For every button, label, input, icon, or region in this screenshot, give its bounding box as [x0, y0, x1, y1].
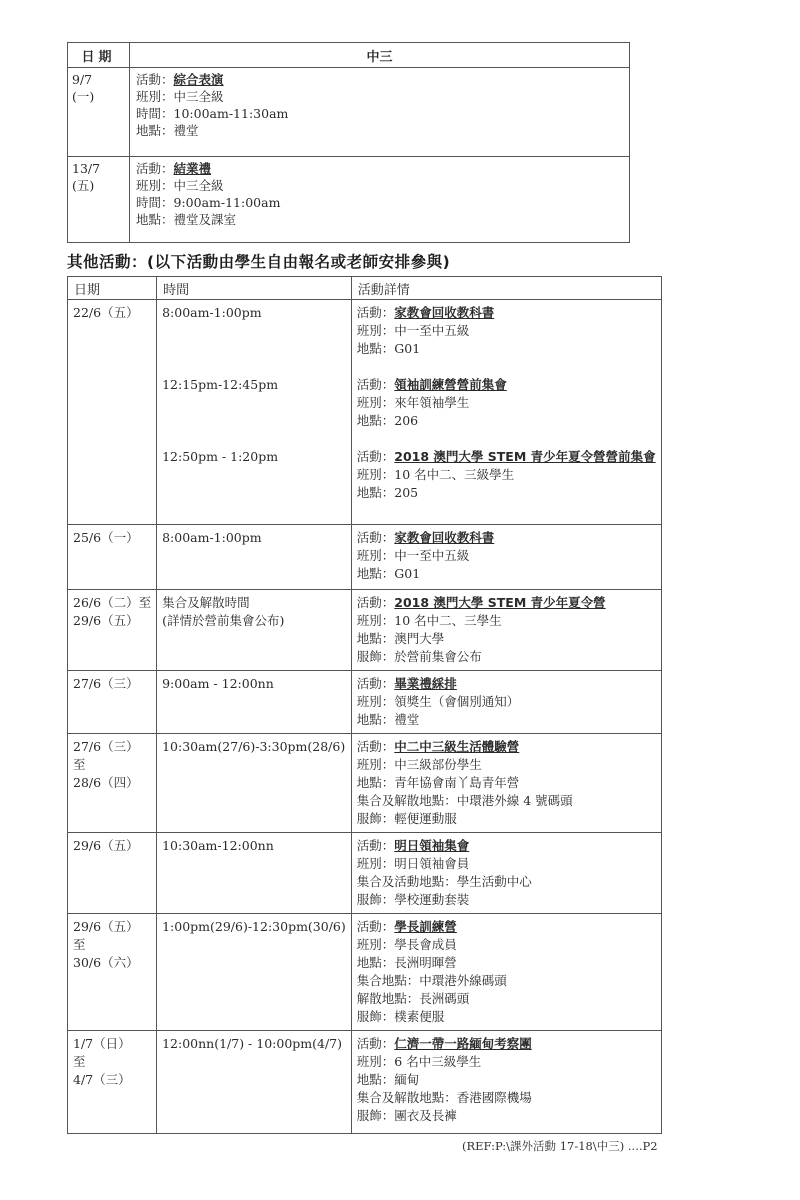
activity-name: 中二中三級生活體驗營 [394, 739, 519, 754]
date-cell: 13/7 (五) [68, 157, 130, 243]
table-row: 27/6（三） 至 28/6（四） 10:30am(27/6)-3:30pm(2… [68, 734, 662, 833]
table-row: 25/6（一） 8:00am-1:00pm 活動：家教會回收教科書 班別：中一至… [68, 525, 662, 590]
date-cell: 29/6（五） [68, 833, 157, 914]
date-cell: 9/7 (一) [68, 68, 130, 157]
details-cell: 活動：家教會回收教科書 班別：中一至中五級 地點：G01 活動：領袖訓練營營前集… [351, 300, 661, 525]
time-cell: 9:00am - 12:00nn [157, 671, 352, 734]
form3-schedule-table: 日期 中三 9/7 (一) 活動：綜合表演 班別：中三全級 時間：10:00am… [67, 42, 630, 243]
activity-name: 家教會回收教科書 [394, 305, 494, 320]
table-row: 29/6（五） 10:30am-12:00nn 活動：明日領袖集會 班別：明日領… [68, 833, 662, 914]
activity-name: 家教會回收教科書 [394, 530, 494, 545]
details-cell: 活動：明日領袖集會 班別：明日領袖會員 集合及活動地點：學生活動中心 服飾：學校… [351, 833, 661, 914]
details-cell: 活動：綜合表演 班別：中三全級 時間：10:00am-11:30am 地點：禮堂 [130, 68, 630, 157]
time-cell: 8:00am-1:00pm [157, 525, 352, 590]
time-cell: 10:30am-12:00nn [157, 833, 352, 914]
date-cell: 25/6（一） [68, 525, 157, 590]
activity-name: 仁濟一帶一路緬甸考察團 [394, 1036, 532, 1051]
activity-name: 學長訓練營 [394, 919, 457, 934]
details-cell: 活動：學長訓練營 班別：學長會成員 地點：長洲明暉營 集合地點：中環港外線碼頭 … [351, 914, 661, 1031]
time-cell: 8:00am-1:00pm 12:15pm-12:45pm 12:50pm - … [157, 300, 352, 525]
date-cell: 27/6（三） [68, 671, 157, 734]
table-header-row: 日期 中三 [68, 43, 630, 68]
details-cell: 活動：畢業禮綵排 班別：領獎生（會個別通知） 地點：禮堂 [351, 671, 661, 734]
table-row: 1/7（日） 至 4/7（三） 12:00nn(1/7) - 10:00pm(4… [68, 1031, 662, 1134]
date-cell: 26/6（二）至 29/6（五） [68, 590, 157, 671]
header-date: 日期 [68, 277, 157, 300]
date-cell: 22/6（五） [68, 300, 157, 525]
header-time: 時間 [157, 277, 352, 300]
activity-name: 2018 澳門大學 STEM 青少年夏令營營前集會 [394, 449, 655, 464]
table-row: 9/7 (一) 活動：綜合表演 班別：中三全級 時間：10:00am-11:30… [68, 68, 630, 157]
activity-name: 領袖訓練營營前集會 [394, 377, 507, 392]
details-cell: 活動：中二中三級生活體驗營 班別：中三級部份學生 地點：青年協會南丫島青年營 集… [351, 734, 661, 833]
table-row: 29/6（五） 至 30/6（六） 1:00pm(29/6)-12:30pm(3… [68, 914, 662, 1031]
activity-name: 畢業禮綵排 [394, 676, 457, 691]
page-reference-footer: (REF:P:\課外活動 17-18\中三) ....P2 [462, 1138, 658, 1154]
table-row: 27/6（三） 9:00am - 12:00nn 活動：畢業禮綵排 班別：領獎生… [68, 671, 662, 734]
section-title: 其他活動：(以下活動由學生自由報名或老師安排參與) [67, 250, 450, 272]
date-cell: 1/7（日） 至 4/7（三） [68, 1031, 157, 1134]
time-cell: 集合及解散時間 (詳情於營前集會公布) [157, 590, 352, 671]
activity-name: 明日領袖集會 [394, 838, 469, 853]
time-cell: 12:00nn(1/7) - 10:00pm(4/7) [157, 1031, 352, 1134]
time-cell: 1:00pm(29/6)-12:30pm(30/6) [157, 914, 352, 1031]
header-details: 活動詳情 [351, 277, 661, 300]
date-cell: 29/6（五） 至 30/6（六） [68, 914, 157, 1031]
details-cell: 活動：結業禮 班別：中三全級 時間：9:00am-11:00am 地點：禮堂及課… [130, 157, 630, 243]
table-row: 26/6（二）至 29/6（五） 集合及解散時間 (詳情於營前集會公布) 活動：… [68, 590, 662, 671]
details-cell: 活動：家教會回收教科書 班別：中一至中五級 地點：G01 [351, 525, 661, 590]
other-activities-table: 日期 時間 活動詳情 22/6（五） 8:00am-1:00pm 12:15pm… [67, 276, 662, 1134]
header-grade: 中三 [130, 43, 630, 68]
table-header-row: 日期 時間 活動詳情 [68, 277, 662, 300]
activity-name: 綜合表演 [174, 72, 224, 87]
date-cell: 27/6（三） 至 28/6（四） [68, 734, 157, 833]
activity-name: 2018 澳門大學 STEM 青少年夏令營 [394, 595, 605, 610]
details-cell: 活動：2018 澳門大學 STEM 青少年夏令營 班別：10 名中二、三學生 地… [351, 590, 661, 671]
table-row: 22/6（五） 8:00am-1:00pm 12:15pm-12:45pm 12… [68, 300, 662, 525]
table-row: 13/7 (五) 活動：結業禮 班別：中三全級 時間：9:00am-11:00a… [68, 157, 630, 243]
details-cell: 活動：仁濟一帶一路緬甸考察團 班別：6 名中三級學生 地點：緬甸 集合及解散地點… [351, 1031, 661, 1134]
activity-name: 結業禮 [174, 161, 212, 176]
header-date: 日期 [68, 43, 130, 68]
time-cell: 10:30am(27/6)-3:30pm(28/6) [157, 734, 352, 833]
